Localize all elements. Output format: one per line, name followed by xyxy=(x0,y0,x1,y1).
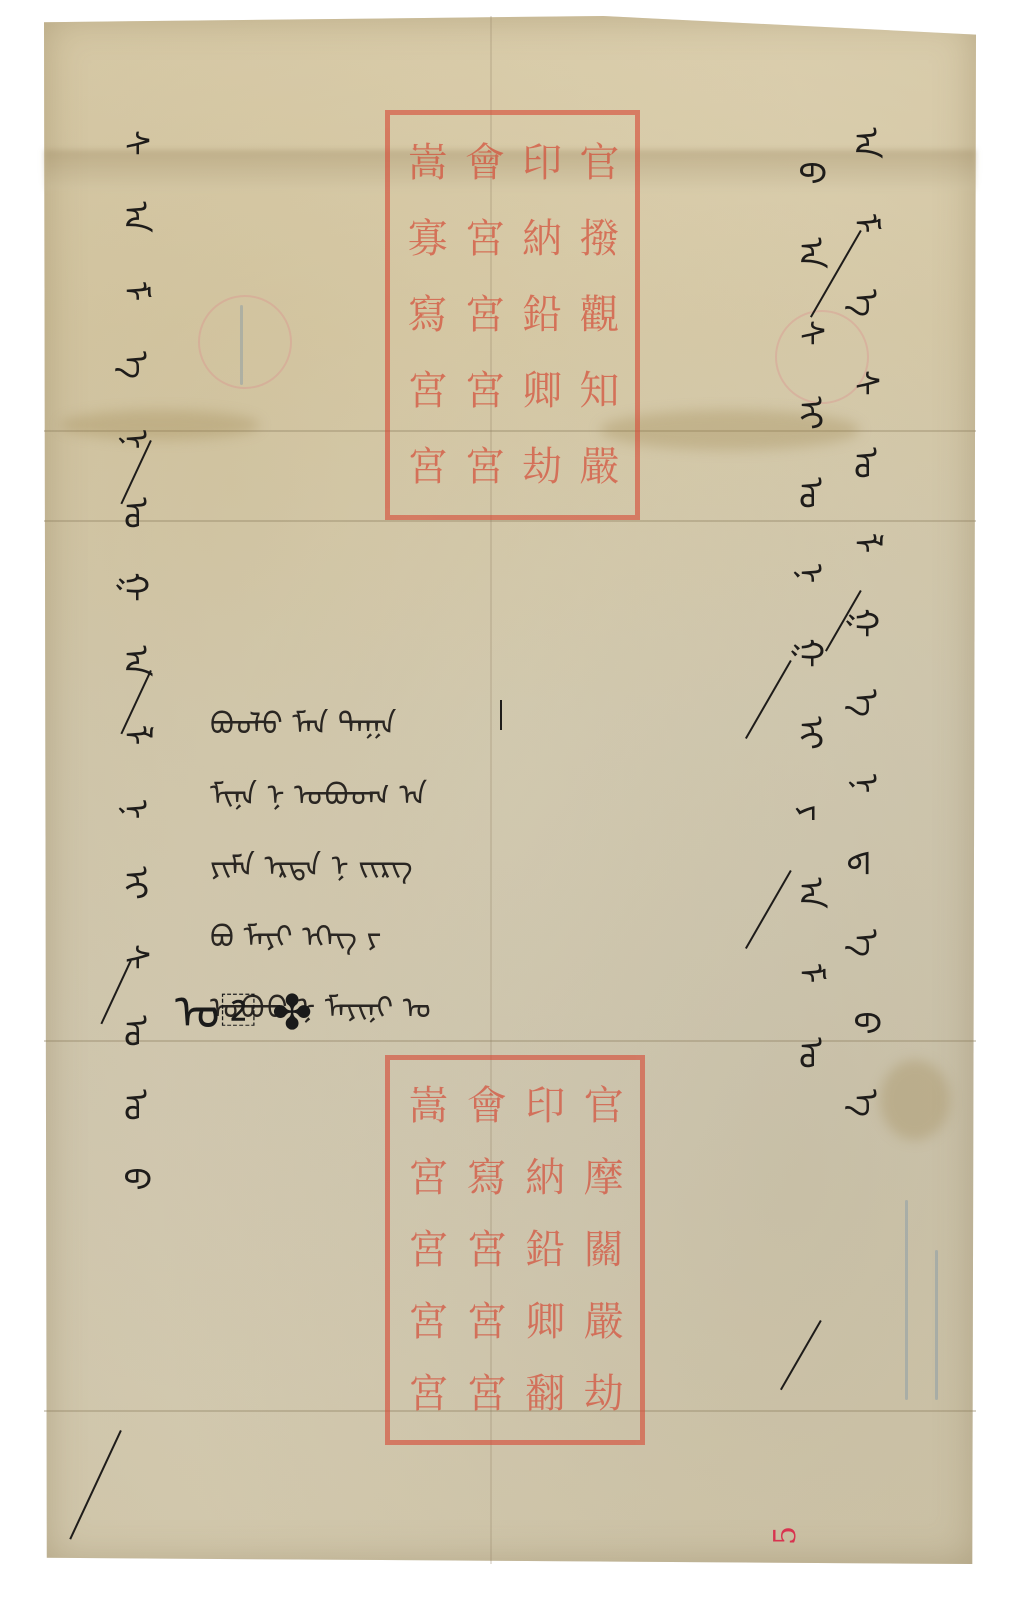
script-glyph: ᠭ xyxy=(848,608,882,637)
seal-glyph: 宮 xyxy=(408,1230,446,1270)
script-glyph: ᠰ xyxy=(118,130,152,156)
red-page-number: 5 xyxy=(768,1526,803,1545)
seal-column: 官 撥 觀 知 嚴 xyxy=(579,125,617,505)
faint-round-seal xyxy=(198,295,292,389)
script-glyph: ᠡ xyxy=(848,1089,882,1117)
script-glyph: ᠶ xyxy=(793,805,827,822)
seal-glyph: 觀 xyxy=(579,295,617,335)
seal-glyph: 宮 xyxy=(467,1230,505,1270)
seal-glyph: 卿 xyxy=(525,1302,563,1342)
script-glyph: ᠰ xyxy=(848,370,882,396)
script-glyph: ᠳ xyxy=(848,850,882,875)
script-glyph: ᠭ xyxy=(793,638,827,667)
seal-glyph: 劫 xyxy=(584,1374,622,1414)
seal-column: 會 宮 宮 宮 宮 xyxy=(465,125,503,505)
seal-glyph: 納 xyxy=(525,1158,563,1198)
seal-glyph: 會 xyxy=(465,143,503,183)
blue-pencil-mark xyxy=(905,1200,908,1400)
seal-column: 嵩 宮 宮 宮 宮 xyxy=(408,1070,446,1430)
seal-glyph: 知 xyxy=(579,371,617,411)
script-glyph: ᠮ xyxy=(118,281,152,301)
seal-glyph: 會 xyxy=(467,1086,505,1126)
script-glyph: ᠢ xyxy=(793,396,827,430)
seal-glyph: 翻 xyxy=(525,1374,563,1414)
red-seal-bottom: 官 摩 關 嚴 劫 印 納 鉛 卿 翻 會 寫 宮 宮 宮 嵩 宮 宮 宮 宮 xyxy=(385,1055,645,1445)
script-glyph: ᠡ xyxy=(118,351,152,379)
seal-column: 嵩 寡 寫 宮 宮 xyxy=(408,125,446,505)
script-glyph: ᠰ xyxy=(793,320,827,346)
seal-glyph: 嵩 xyxy=(408,143,446,183)
script-glyph: ᠯ xyxy=(848,533,882,553)
seal-glyph: 卿 xyxy=(522,371,560,411)
stain xyxy=(880,1060,950,1140)
fold-line xyxy=(44,520,976,522)
seal-glyph: 官 xyxy=(584,1086,622,1126)
script-glyph: ᠡ xyxy=(848,689,882,717)
seal-glyph: 印 xyxy=(522,143,560,183)
script-glyph: ᠤ xyxy=(118,1015,152,1047)
script-glyph: ᠡ xyxy=(848,289,882,317)
red-seal-top: 官 撥 觀 知 嚴 印 納 鉛 卿 劫 會 宮 宮 宮 宮 嵩 寡 寫 宮 宮 xyxy=(385,110,640,520)
seal-glyph: 宮 xyxy=(408,1158,446,1198)
seal-glyph: 宮 xyxy=(408,447,446,487)
seal-glyph: 嵩 xyxy=(408,1086,446,1126)
seal-glyph: 鉛 xyxy=(525,1230,563,1270)
seal-glyph: 關 xyxy=(584,1230,622,1270)
seal-glyph: 嚴 xyxy=(584,1302,622,1342)
script-glyph: ᠠ xyxy=(118,201,152,233)
seal-glyph: 寫 xyxy=(467,1158,505,1198)
script-glyph: ᠭ xyxy=(118,572,152,601)
seal-glyph: 寫 xyxy=(408,295,446,335)
body-line: ᠪᠣ ᠮᠠᠶᠢ ᠡᠭᠡᠭ ᠶ xyxy=(210,903,510,956)
seal-glyph: 宮 xyxy=(465,371,503,411)
seal-glyph: 宮 xyxy=(408,1302,446,1342)
seal-column: 印 納 鉛 卿 翻 xyxy=(525,1070,563,1430)
script-glyph: ᠨ xyxy=(793,563,827,583)
blue-pencil-mark xyxy=(935,1250,938,1400)
seal-glyph: 宮 xyxy=(408,371,446,411)
script-glyph: ᠰ xyxy=(118,944,152,970)
seal-glyph: 摩 xyxy=(584,1158,622,1198)
seal-glyph: 官 xyxy=(579,143,617,183)
script-glyph: ᠤ xyxy=(793,1037,827,1069)
script-glyph: ᠠ xyxy=(118,645,152,677)
seal-glyph: 鉛 xyxy=(522,295,560,335)
script-column-right-secondary: ᠪ ᠠ ᠰ ᠢ ᠣ ᠨ ᠭ ᠢ ᠶ ᠠ ᠮ ᠤ xyxy=(790,150,830,1076)
script-glyph: ᠪ xyxy=(793,161,827,184)
script-glyph: ᠮ xyxy=(848,213,882,233)
body-line: ᠪᠣᠣᠯᠣ ᠮᠠᠨ ᠳᠠᠭᠠ xyxy=(210,690,510,743)
seal-glyph: 撥 xyxy=(579,219,617,259)
seal-glyph: 寡 xyxy=(408,219,446,259)
script-glyph: ᠮ xyxy=(793,963,827,983)
seal-glyph: 嚴 xyxy=(579,447,617,487)
script-glyph: ᠪ xyxy=(848,1011,882,1034)
script-glyph: ᠨ xyxy=(118,799,152,819)
script-glyph: ᠢ xyxy=(793,716,827,750)
script-glyph: ᠠ xyxy=(793,877,827,909)
seal-column: 印 納 鉛 卿 劫 xyxy=(522,125,560,505)
seal-glyph: 宮 xyxy=(408,1374,446,1414)
script-glyph: ᠤ xyxy=(848,447,882,479)
script-glyph: ᠪ xyxy=(118,1167,152,1190)
seal-column: 會 寫 宮 宮 宮 xyxy=(467,1070,505,1430)
seal-glyph: 宮 xyxy=(467,1302,505,1342)
seal-glyph: 劫 xyxy=(522,447,560,487)
script-glyph: ᠢ xyxy=(118,866,152,900)
signature-mark: ᠣ᠌ ✤ xyxy=(175,960,312,1044)
seal-glyph: 納 xyxy=(522,219,560,259)
script-glyph: ᠠ xyxy=(793,237,827,269)
seal-glyph: 宮 xyxy=(465,295,503,335)
body-line: ᠮᠢᠨᠠ ᠨ ᠣᠪᠣᠣᠭ ᠠ xyxy=(210,761,510,814)
stain xyxy=(60,410,260,440)
seal-glyph: 宮 xyxy=(465,219,503,259)
body-line: ᠶᠢᠮᠠ ᠡᠷᠳᠡ ᠨ ᠵᠢᠷᠭ xyxy=(210,832,510,885)
script-glyph: ᠡ xyxy=(848,929,882,957)
script-glyph: ᠣ xyxy=(118,1089,152,1121)
blue-pencil-mark xyxy=(240,305,243,385)
seal-glyph: 印 xyxy=(525,1086,563,1126)
seal-glyph: 宮 xyxy=(465,447,503,487)
script-glyph: ᠠ xyxy=(848,127,882,159)
script-column-right-primary: ᠠ ᠮ ᠡ ᠰ ᠤ ᠯ ᠭ ᠡ ᠨ ᠳ ᠡ ᠪ ᠡ xyxy=(845,120,885,1126)
script-glyph: ᠨ xyxy=(848,773,882,793)
seal-column: 官 摩 關 嚴 劫 xyxy=(584,1070,622,1430)
script-glyph: ᠣ xyxy=(793,477,827,509)
seal-glyph: 宮 xyxy=(467,1374,505,1414)
script-column-left: ᠰ ᠠ ᠮ ᠡ ᠨ ᠣ ᠭ ᠠ ᠯ ᠨ ᠢ ᠰ ᠤ ᠣ ᠪ xyxy=(115,120,155,1202)
